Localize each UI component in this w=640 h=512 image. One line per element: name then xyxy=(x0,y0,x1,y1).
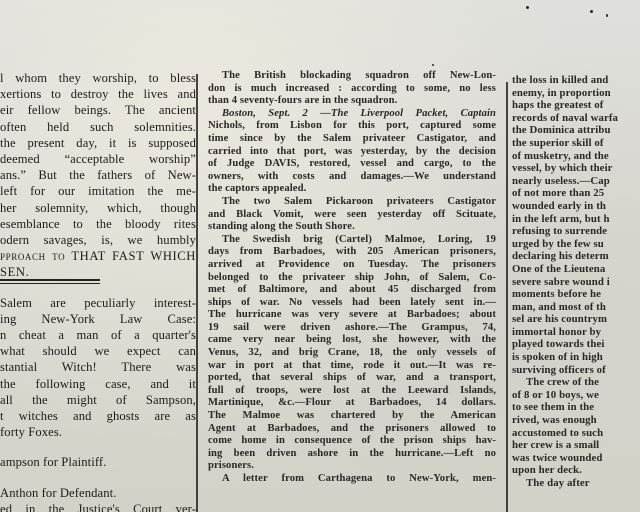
text-line: stantial Witch! There was xyxy=(0,359,196,375)
spacer xyxy=(0,440,196,454)
column-rule xyxy=(506,82,508,512)
text-line: declaring his determ xyxy=(512,250,640,263)
text-line: carried into that port, was yesterday, b… xyxy=(208,146,496,159)
text-line: Venus, 32, and brig Crane, 18, the only … xyxy=(208,347,496,360)
defendant-line: Anthon for Defendant. xyxy=(0,485,196,501)
text-line: of 8 or 10 boys, we xyxy=(512,389,640,402)
text-line: often held such solemnities. xyxy=(0,119,196,135)
ink-speck xyxy=(432,64,434,66)
text-line: haps the greatest of xyxy=(512,99,640,112)
text-line: ported, that several ships of war, and a… xyxy=(208,372,496,385)
text-line: ing New-York Law Case: xyxy=(0,311,196,327)
text-line: esemblance to the bloody rites xyxy=(0,216,196,232)
text-line: the present day, it is supposed xyxy=(0,135,196,151)
text-line: moments before he xyxy=(512,288,640,301)
ink-speck xyxy=(526,6,529,9)
plaintiff-line: ampson for Plaintiff. xyxy=(0,454,196,470)
text-line: days from Barbadoes, with 205 American p… xyxy=(208,246,496,259)
text-line: owners, with costs and damages.—We under… xyxy=(208,171,496,184)
text-line: The crew of the xyxy=(512,376,640,389)
text-line: rived, was enough xyxy=(512,414,640,427)
text-line: deemed “acceptable worship” xyxy=(0,151,196,167)
text-line: the Dominica attribu xyxy=(512,124,640,137)
text-line: standing along the South Shore. xyxy=(208,221,496,234)
middle-column: The British blockading squadron off New-… xyxy=(208,70,496,512)
text-line: Agent at Barbadoes, and the prisoners al… xyxy=(208,423,496,436)
text-line: The hurricane was very severe at Barbado… xyxy=(208,309,496,322)
text-line: Boston, Sept. 2 —The Liverpool Packet, C… xyxy=(208,108,496,121)
text-line: immortal honor by xyxy=(512,326,640,339)
text-line: eir fellow beings. The ancient xyxy=(0,102,196,118)
text-line: to see them in the xyxy=(512,401,640,414)
ink-speck xyxy=(590,10,593,13)
text-line: refusing to surrende xyxy=(512,225,640,238)
text-line: the following case, and it xyxy=(0,376,196,392)
text-line: upon her deck. xyxy=(512,464,640,477)
text-line: full of troops, were lost at the Leeward… xyxy=(208,385,496,398)
text-line: come home in consequence of the prison s… xyxy=(208,435,496,448)
text-line: the superior skill of xyxy=(512,137,640,150)
text-line: nearly useless.—Cap xyxy=(512,175,640,188)
text-line: arrived at Providence on Tuesday. The pr… xyxy=(208,259,496,272)
text-line: forty Foxes. xyxy=(0,424,196,440)
text-line: met of Baltimore, and about 45 discharge… xyxy=(208,284,496,297)
text-line: surviving officers of xyxy=(512,364,640,377)
text-line: played towards thei xyxy=(512,338,640,351)
text-line: Salem are peculiarly interest- xyxy=(0,295,196,311)
text-line: what should we expect can xyxy=(0,343,196,359)
text-line: the captors appealed. xyxy=(208,183,496,196)
text-line: Martinique, &c.—Flour at Barbadoes, 14 d… xyxy=(208,397,496,410)
text-line: of musketry, and the xyxy=(512,150,640,163)
text-line: left for our imitation the me- xyxy=(0,183,196,199)
text-line: The British blockading squadron off New-… xyxy=(208,70,496,83)
text-line: sel are his countrym xyxy=(512,313,640,326)
text-line: her solemnity, which, though xyxy=(0,200,196,216)
text-line: xertions to destroy the lives and xyxy=(0,86,196,102)
left-column: l whom they worship, to bless xertions t… xyxy=(0,70,196,512)
text-line: her crew is a small xyxy=(512,439,640,452)
section-divider-double-rule xyxy=(0,279,100,285)
text-line: ans.” But the fathers of New- xyxy=(0,167,196,183)
text-line: in the left arm, but h xyxy=(512,213,640,226)
text-line: n cheat a man of a quarter's xyxy=(0,327,196,343)
text-line: ships of war. No vessels had been lately… xyxy=(208,297,496,310)
text-line: Nichols, from Lisbon for this port, capt… xyxy=(208,120,496,133)
text-line: than 4 seventy-fours are in the squadron… xyxy=(208,95,496,108)
text-line: came very near being lost, she however, … xyxy=(208,334,496,347)
spacer xyxy=(0,471,196,485)
newspaper-page: l whom they worship, to bless xertions t… xyxy=(0,0,640,512)
text-line: enemy, in proportion xyxy=(512,87,640,100)
text-line: One of the Lieutena xyxy=(512,263,640,276)
text-line: t witches and ghosts are as xyxy=(0,408,196,424)
text-line: 19 sail were driven ashore.—The Grampus,… xyxy=(208,322,496,335)
text-line: vessel, by which their xyxy=(512,162,640,175)
text-line: was twice wounded xyxy=(512,452,640,465)
text-line: pproach to THAT FAST WHICH xyxy=(0,248,196,264)
text-line: The day after xyxy=(512,477,640,490)
ink-speck xyxy=(606,14,608,17)
text-line: man, and most of th xyxy=(512,301,640,314)
text-line: the loss in killed and xyxy=(512,74,640,87)
text-line: l whom they worship, to bless xyxy=(0,70,196,86)
text-line: belonged to the privateer ship John, of … xyxy=(208,272,496,285)
text-line: The Swedish brig (Cartel) Malmoe, Loring… xyxy=(208,234,496,247)
text-line: A letter from Carthagena to New-York, me… xyxy=(208,473,496,486)
right-column: the loss in killed and enemy, in proport… xyxy=(512,74,640,512)
text-line: prisoners. xyxy=(208,460,496,473)
text-line: records of naval warfa xyxy=(512,112,640,125)
text-line: is spoken of in high xyxy=(512,351,640,364)
text-line: ed in the Justice's Court ver- xyxy=(0,501,196,512)
text-line: wounded early in th xyxy=(512,200,640,213)
text-line: of Judge DAVIS, restored, vessel and car… xyxy=(208,158,496,171)
text-line: of not more than 25 xyxy=(512,187,640,200)
text-line: odern savages, is, we humbly xyxy=(0,232,196,248)
text-line: severe sabre wound i xyxy=(512,276,640,289)
column-rule xyxy=(196,74,198,512)
text-line: time since by the Salem privateer Castig… xyxy=(208,133,496,146)
text-line: urged by the few su xyxy=(512,238,640,251)
text-line: The Malmoe was chartered by the American xyxy=(208,410,496,423)
text-line: don is much increased : according to som… xyxy=(208,83,496,96)
text-line: and Black Vomit, were seen yesterday off… xyxy=(208,209,496,222)
text-line: accustomed to such xyxy=(512,427,640,440)
text-line: ing been driven ashore in the hurricane.… xyxy=(208,448,496,461)
text-line: all the might of Sampson, xyxy=(0,392,196,408)
text-line: The two Salem Pickaroon privateers Casti… xyxy=(208,196,496,209)
text-line: war in port at that time, rode it out.—I… xyxy=(208,360,496,373)
